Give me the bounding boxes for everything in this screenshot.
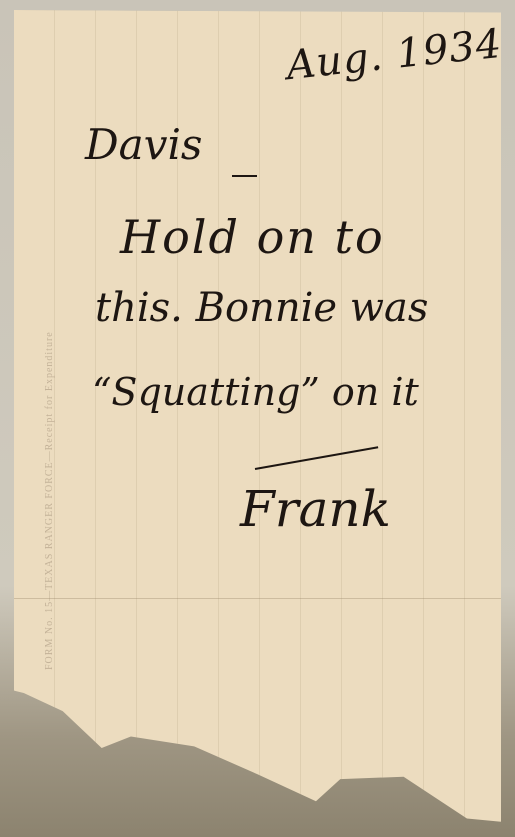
note-body-line-1: Hold on to: [120, 210, 385, 264]
printed-margin-text: FORM No. 15—TEXAS RANGER FORCE—Receipt f…: [44, 50, 64, 670]
note-greeting: Davis: [85, 120, 202, 169]
note-signature: Frank: [240, 480, 391, 538]
greeting-dash: [232, 175, 257, 177]
note-body-line-2: this. Bonnie was: [95, 285, 428, 331]
note-body-line-3: “Squatting” on it: [92, 370, 419, 414]
paper-fold-line: [14, 598, 501, 599]
